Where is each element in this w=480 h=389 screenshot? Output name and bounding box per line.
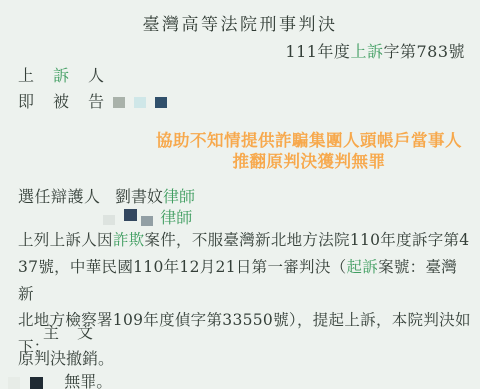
defense-counsel-label: 選任辯護人 bbox=[18, 184, 115, 207]
redacted-name-block bbox=[103, 215, 115, 225]
verdict-text: 無罪。 bbox=[64, 372, 112, 389]
lawyer-name: 劉書妏 bbox=[115, 187, 163, 206]
defense-counsel-row: 選任辯護人劉書妏律師 bbox=[18, 184, 195, 207]
defendant-char-1: 即 bbox=[18, 92, 34, 111]
body-line: 上列上訴人因詐欺案件，不服臺灣新北地方法院110年度訴字第4 bbox=[18, 227, 472, 254]
case-number: 111年度上訴字第783號 bbox=[285, 39, 465, 62]
verdict-line-revoked: 原判決撤銷。 bbox=[18, 346, 114, 369]
appellant-char-1: 上 bbox=[18, 66, 34, 85]
defendant-char-3: 告 bbox=[88, 92, 104, 111]
annotation-line-2: 推翻原判決獲判無罪 bbox=[140, 152, 478, 173]
appellant-char-2: 訴 bbox=[53, 66, 69, 85]
redacted-name-block bbox=[8, 377, 20, 389]
body-text: 37號，中華民國110年12月21日第一審判決（ bbox=[18, 258, 346, 276]
defense-counsel-row-2: 律師 bbox=[103, 205, 192, 228]
body-text: 上列上訴人因 bbox=[18, 231, 113, 249]
verdict-line-acquitted: 無罪。 bbox=[8, 369, 112, 389]
redacted-name-block bbox=[134, 97, 146, 108]
keyword-fraud: 詐欺 bbox=[113, 231, 145, 249]
judgment-document-page: { "colors": { "background": "#edf2ee", "… bbox=[0, 0, 480, 389]
main-text-heading: 主 文 bbox=[18, 320, 94, 343]
lawyer-title: 律師 bbox=[160, 208, 192, 227]
appellant-char-3: 人 bbox=[88, 66, 104, 85]
redacted-name-block bbox=[113, 97, 125, 108]
annotation-line-1: 協助不知情提供詐騙集團人頭帳戶當事人 bbox=[140, 131, 478, 152]
case-number-keyword: 上訴 bbox=[350, 42, 383, 61]
lawyer-title: 律師 bbox=[163, 187, 195, 206]
redacted-name-block bbox=[30, 377, 43, 389]
court-judgment-title: 臺灣高等法院刑事判決 bbox=[0, 10, 480, 35]
keyword-indictment: 起訴 bbox=[346, 258, 378, 276]
case-number-prefix: 111年度 bbox=[285, 42, 350, 61]
case-number-suffix: 字第783號 bbox=[383, 42, 465, 61]
defendant-char-2: 被 bbox=[53, 92, 69, 111]
redacted-name-block bbox=[124, 209, 137, 221]
body-line: 37號，中華民國110年12月21日第一審判決（起訴案號：臺灣新 bbox=[18, 254, 472, 308]
defendant-row: 即被告 bbox=[18, 89, 167, 112]
annotation-overlay: 協助不知情提供詐騙集團人頭帳戶當事人 推翻原判決獲判無罪 bbox=[140, 131, 478, 173]
appellant-label: 上訴人 bbox=[18, 63, 104, 86]
body-text: 案件，不服臺灣新北地方法院110年度訴字第4 bbox=[144, 231, 469, 249]
redacted-name-block bbox=[141, 216, 153, 226]
redacted-name-block bbox=[155, 97, 167, 108]
